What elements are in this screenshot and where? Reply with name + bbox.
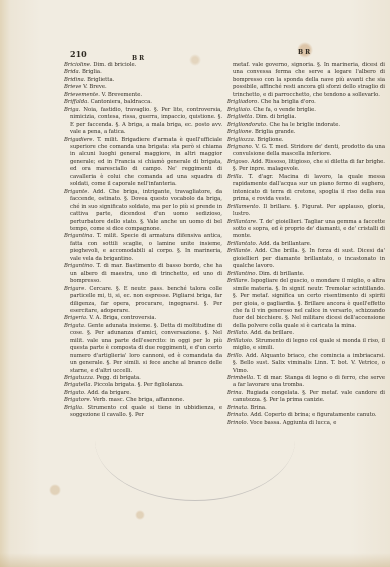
dictionary-entry: Brignano. V. G. T. med. Stridore de' den… [227, 144, 385, 159]
page-edge-stain [0, 553, 390, 567]
entry-definition: . Verb. masc. Che briga, affannone. [90, 397, 185, 403]
entry-definition: . Che ha le briglie indorate. [266, 122, 340, 128]
right-column: metaf. vale governo, signoria. §. In mar… [227, 62, 385, 427]
entry-definition: . Add. Alquanto briaco, che comincia a i… [233, 353, 385, 374]
entry-definition: . Briglietta. [84, 77, 115, 83]
dictionary-entry: Bricioline. Dim. di briciole. [64, 62, 222, 69]
dictionary-entry: Brigeria. V. A. Briga, controversia. [64, 315, 222, 322]
entry-headword: Brigliondorato [227, 122, 266, 128]
entry-definition: . Dim. di brillante. [256, 271, 305, 277]
dictionary-entry: Brigliozza. Briglione. [227, 137, 385, 144]
entry-headword: Brilla [227, 174, 242, 180]
entry-definition: . Pegg. di brigata. [93, 375, 141, 381]
entry-headword: Briglietta [227, 114, 252, 120]
entry-definition: . Noia, fastidio, travaglio. §. Per lite… [70, 107, 222, 135]
entry-definition: . Add. da brigare. [84, 390, 131, 396]
entry-definition: . Add. Coperto di brina; e figuratamente… [247, 412, 377, 418]
entry-definition: . T. de' gioiellieri. Tagliar una gemma … [233, 219, 385, 240]
dictionary-entry: Brida. Briglia. [64, 69, 222, 76]
entry-definition: . Add. Che briga, intrigante, travagliat… [70, 189, 222, 232]
dictionary-entry: Brillamento. Il brillare. §. Figurat. Pe… [227, 204, 385, 219]
dictionary-entry: Brigatore. Verb. masc. Che briga, affann… [64, 397, 222, 404]
entry-definition: . V. A. Briga, controversia. [86, 315, 156, 321]
entry-definition: . Dim. di briciole. [90, 62, 136, 68]
dictionary-entry: Brillantato. Add. da brillantare. [227, 241, 385, 248]
dictionary-entry: Brimbella. T. di mar. Stanga di legno o … [227, 375, 385, 390]
dictionary-entry: Brigliadoro. Che ha briglia d'oro. [227, 99, 385, 106]
dictionary-entry: Brigata. Gente adunata insieme. §. Detta… [64, 323, 222, 375]
entry-headword: Brillare [227, 278, 247, 284]
entry-headword: Brillantare [227, 219, 256, 225]
entry-headword: Brigeria [64, 315, 86, 321]
dictionary-entry: Brinata. Brina. [227, 405, 385, 412]
entry-definition: . Add. da brillare. [247, 330, 294, 336]
entry-headword: Brillato [227, 330, 247, 336]
entry-headword: Bricioline [64, 62, 90, 68]
left-column: Bricioline. Dim. di briciole.Brida. Brig… [64, 62, 222, 420]
dictionary-entry: Briga. Noia, fastidio, travaglio. §. Per… [64, 107, 222, 137]
entry-definition: . Cercare. §. E neutr. pass. benché talo… [70, 286, 222, 314]
dictionary-entry: Brievemente. V. Brevemente. [64, 92, 222, 99]
dictionary-entry: Brigatuzza. Pegg. di brigata. [64, 375, 222, 382]
dictionary-entry: Briglia. Strumento col quale si tiene in… [64, 405, 222, 420]
entry-definition: . Briglia grande. [252, 129, 296, 135]
entry-definition: V. Breve. [81, 84, 106, 90]
entry-headword: Brinata [227, 405, 247, 411]
dictionary-entry: Brigoso. Add. Rissoso, litigioso, che si… [227, 159, 385, 174]
entry-headword: Brigatella [64, 382, 90, 388]
entry-definition: . T. di mar. Bastimento di basso bordo, … [70, 263, 222, 284]
entry-headword: Brigantino [64, 263, 93, 269]
entry-headword: Brillantato [227, 241, 256, 247]
entry-headword: Brigliaio [227, 107, 250, 113]
dictionary-entry: Brina. Rugiada congelata. §. Per metaf. … [227, 390, 385, 405]
dictionary-entry: Briglione. Briglia grande. [227, 129, 385, 136]
dictionary-entry: Brigantina. T. milit. Specie di armatura… [64, 233, 222, 263]
dictionary-entry: Brillantino. Dim. di brillante. [227, 271, 385, 278]
entry-headword: Briffalda [64, 99, 87, 105]
dictionary-entry: metaf. vale governo, signoria. §. In mar… [227, 62, 385, 99]
dictionary-entry: Brillare. Ispogliare del guscio, o monda… [227, 278, 385, 330]
entry-headword: Brieve [64, 84, 81, 90]
entry-definition: . Brina. [247, 405, 267, 411]
dictionary-entry: Brigliaio. Che fa, o vende briglie. [227, 107, 385, 114]
entry-headword: Briga [64, 107, 79, 113]
entry-headword: Brillantino [227, 271, 256, 277]
entry-definition: . Strumento di legno col quale si monda … [233, 338, 385, 351]
entry-definition: . Rugiada congelata. §. Per metaf. vale … [233, 390, 385, 403]
entry-definition: . T. di mar. Stanga di legno o di ferro,… [233, 375, 385, 388]
dictionary-entry: Brillo. Add. Alquanto briaco, che cominc… [227, 353, 385, 375]
entry-headword: Brigliadoro [227, 99, 257, 105]
entry-headword: Bridina [64, 77, 84, 83]
entry-headword: Brillante [227, 248, 250, 254]
dictionary-entry: Brigato. Add. da brigare. [64, 390, 222, 397]
entry-definition: . Strumento col quale si tiene in ubbidi… [70, 405, 222, 418]
dictionary-entry: Brillante. Add. Che brilla. §. In forza … [227, 248, 385, 270]
dictionary-entry: Brigare. Cercare. §. E neutr. pass. benc… [64, 286, 222, 316]
dictionary-entry: Brigliondorato. Che ha le briglie indora… [227, 122, 385, 129]
dictionary-entry: Brilla. T. d'agr. Macina di lavoro, la q… [227, 174, 385, 204]
scanned-page: 210 B R B R Bricioline. Dim. di briciole… [0, 0, 390, 567]
dictionary-entry: Brigatella. Piccola brigata. §. Per figl… [64, 382, 222, 389]
entry-headword: Brigadiere [64, 137, 93, 143]
entry-headword: Brina [227, 390, 242, 396]
entry-headword: Brinolo [227, 420, 247, 426]
entry-definition: . Briglione. [254, 137, 284, 143]
entry-headword: Brinato [227, 412, 247, 418]
entry-definition: . V. G. T. med. Stridore de' denti, prod… [233, 144, 385, 157]
entry-definition: . Piccola brigata. §. Per figliolanza. [90, 382, 183, 388]
entry-headword: Brievemente [64, 92, 98, 98]
dictionary-entry: Brinolo. Voce bassa. Aggiunta di lucca, … [227, 420, 385, 427]
page-number: 210 [70, 49, 87, 59]
running-head-left: B R [132, 55, 144, 62]
entry-definition: . Cantoniera, baldracca. [87, 99, 152, 105]
dictionary-entry: Brigadiere. T. milit. Brigadiere d'armat… [64, 137, 222, 189]
entry-definition: . Gente adunata insieme. §. Detta di mol… [70, 323, 222, 374]
entry-headword: Brignano [227, 144, 252, 150]
entry-headword: Brigantina [64, 233, 92, 239]
running-head-right: B R [298, 49, 310, 56]
entry-headword: Brillo [227, 353, 242, 359]
entry-definition: . T. milit. Brigadiere d'armata è quell'… [70, 137, 222, 188]
entry-headword: Brigatuzza [64, 375, 93, 381]
dictionary-entry: Bridina. Briglietta. [64, 77, 222, 84]
entry-headword: Briglia [64, 405, 82, 411]
dictionary-entry: Briffalda. Cantoniera, baldracca. [64, 99, 222, 106]
entry-definition: . Voce bassa. Aggiunta di lucca, e [247, 420, 337, 426]
entry-headword: Brigante [64, 189, 87, 195]
entry-definition: . Briglia. [79, 69, 102, 75]
dictionary-entry: Brillato. Add. da brillare. [227, 330, 385, 337]
dictionary-entry: Brigantino. T. di mar. Bastimento di bas… [64, 263, 222, 285]
entry-definition: . T. d'agr. Macina di lavoro, la quale m… [233, 174, 385, 202]
entry-headword: Brillamento [227, 204, 259, 210]
dictionary-entry: Brillatoio. Strumento di legno col quale… [227, 338, 385, 353]
entry-headword: Briglione [227, 129, 252, 135]
entry-definition: . T. milit. Specie di armatura difensiva… [70, 233, 222, 261]
dictionary-entry: Brigante. Add. Che briga, intrigante, tr… [64, 189, 222, 234]
entry-headword: Brigato [64, 390, 84, 396]
dictionary-entry: Briglietta. Dim. di briglia. [227, 114, 385, 121]
entry-headword: Brimbella [227, 375, 253, 381]
entry-definition: . Add. Che brilla. §. In forza di sust. … [233, 248, 385, 269]
dictionary-entry: Brinato. Add. Coperto di brina; e figura… [227, 412, 385, 419]
entry-definition: . Add. da brillantare. [256, 241, 312, 247]
entry-headword: Brillatoio [227, 338, 252, 344]
entry-definition: metaf. vale governo, signoria. §. In mar… [233, 62, 385, 98]
entry-definition: . Che ha briglia d'oro. [257, 99, 316, 105]
dictionary-entry: Brieve V. Breve. [64, 84, 222, 91]
entry-headword: Brigatore [64, 397, 90, 403]
entry-definition: . Ispogliare del guscio, o mondare il mi… [233, 278, 385, 329]
dictionary-entry: Brillantare. T. de' gioiellieri. Tagliar… [227, 219, 385, 241]
entry-definition: . Che fa, o vende briglie. [250, 107, 316, 113]
entry-definition: . Dim. di briglia. [252, 114, 296, 120]
entry-headword: Brigoso [227, 159, 248, 165]
entry-headword: Brida [64, 69, 79, 75]
entry-definition: . V. Brevemente. [98, 92, 142, 98]
entry-headword: Brigata [64, 323, 84, 329]
entry-headword: Brigliozza [227, 137, 254, 143]
entry-definition: . Add. Rissoso, litigioso, che si dilett… [233, 159, 385, 172]
entry-headword: Brigare [64, 286, 84, 292]
running-header: 210 B R B R [70, 49, 380, 63]
